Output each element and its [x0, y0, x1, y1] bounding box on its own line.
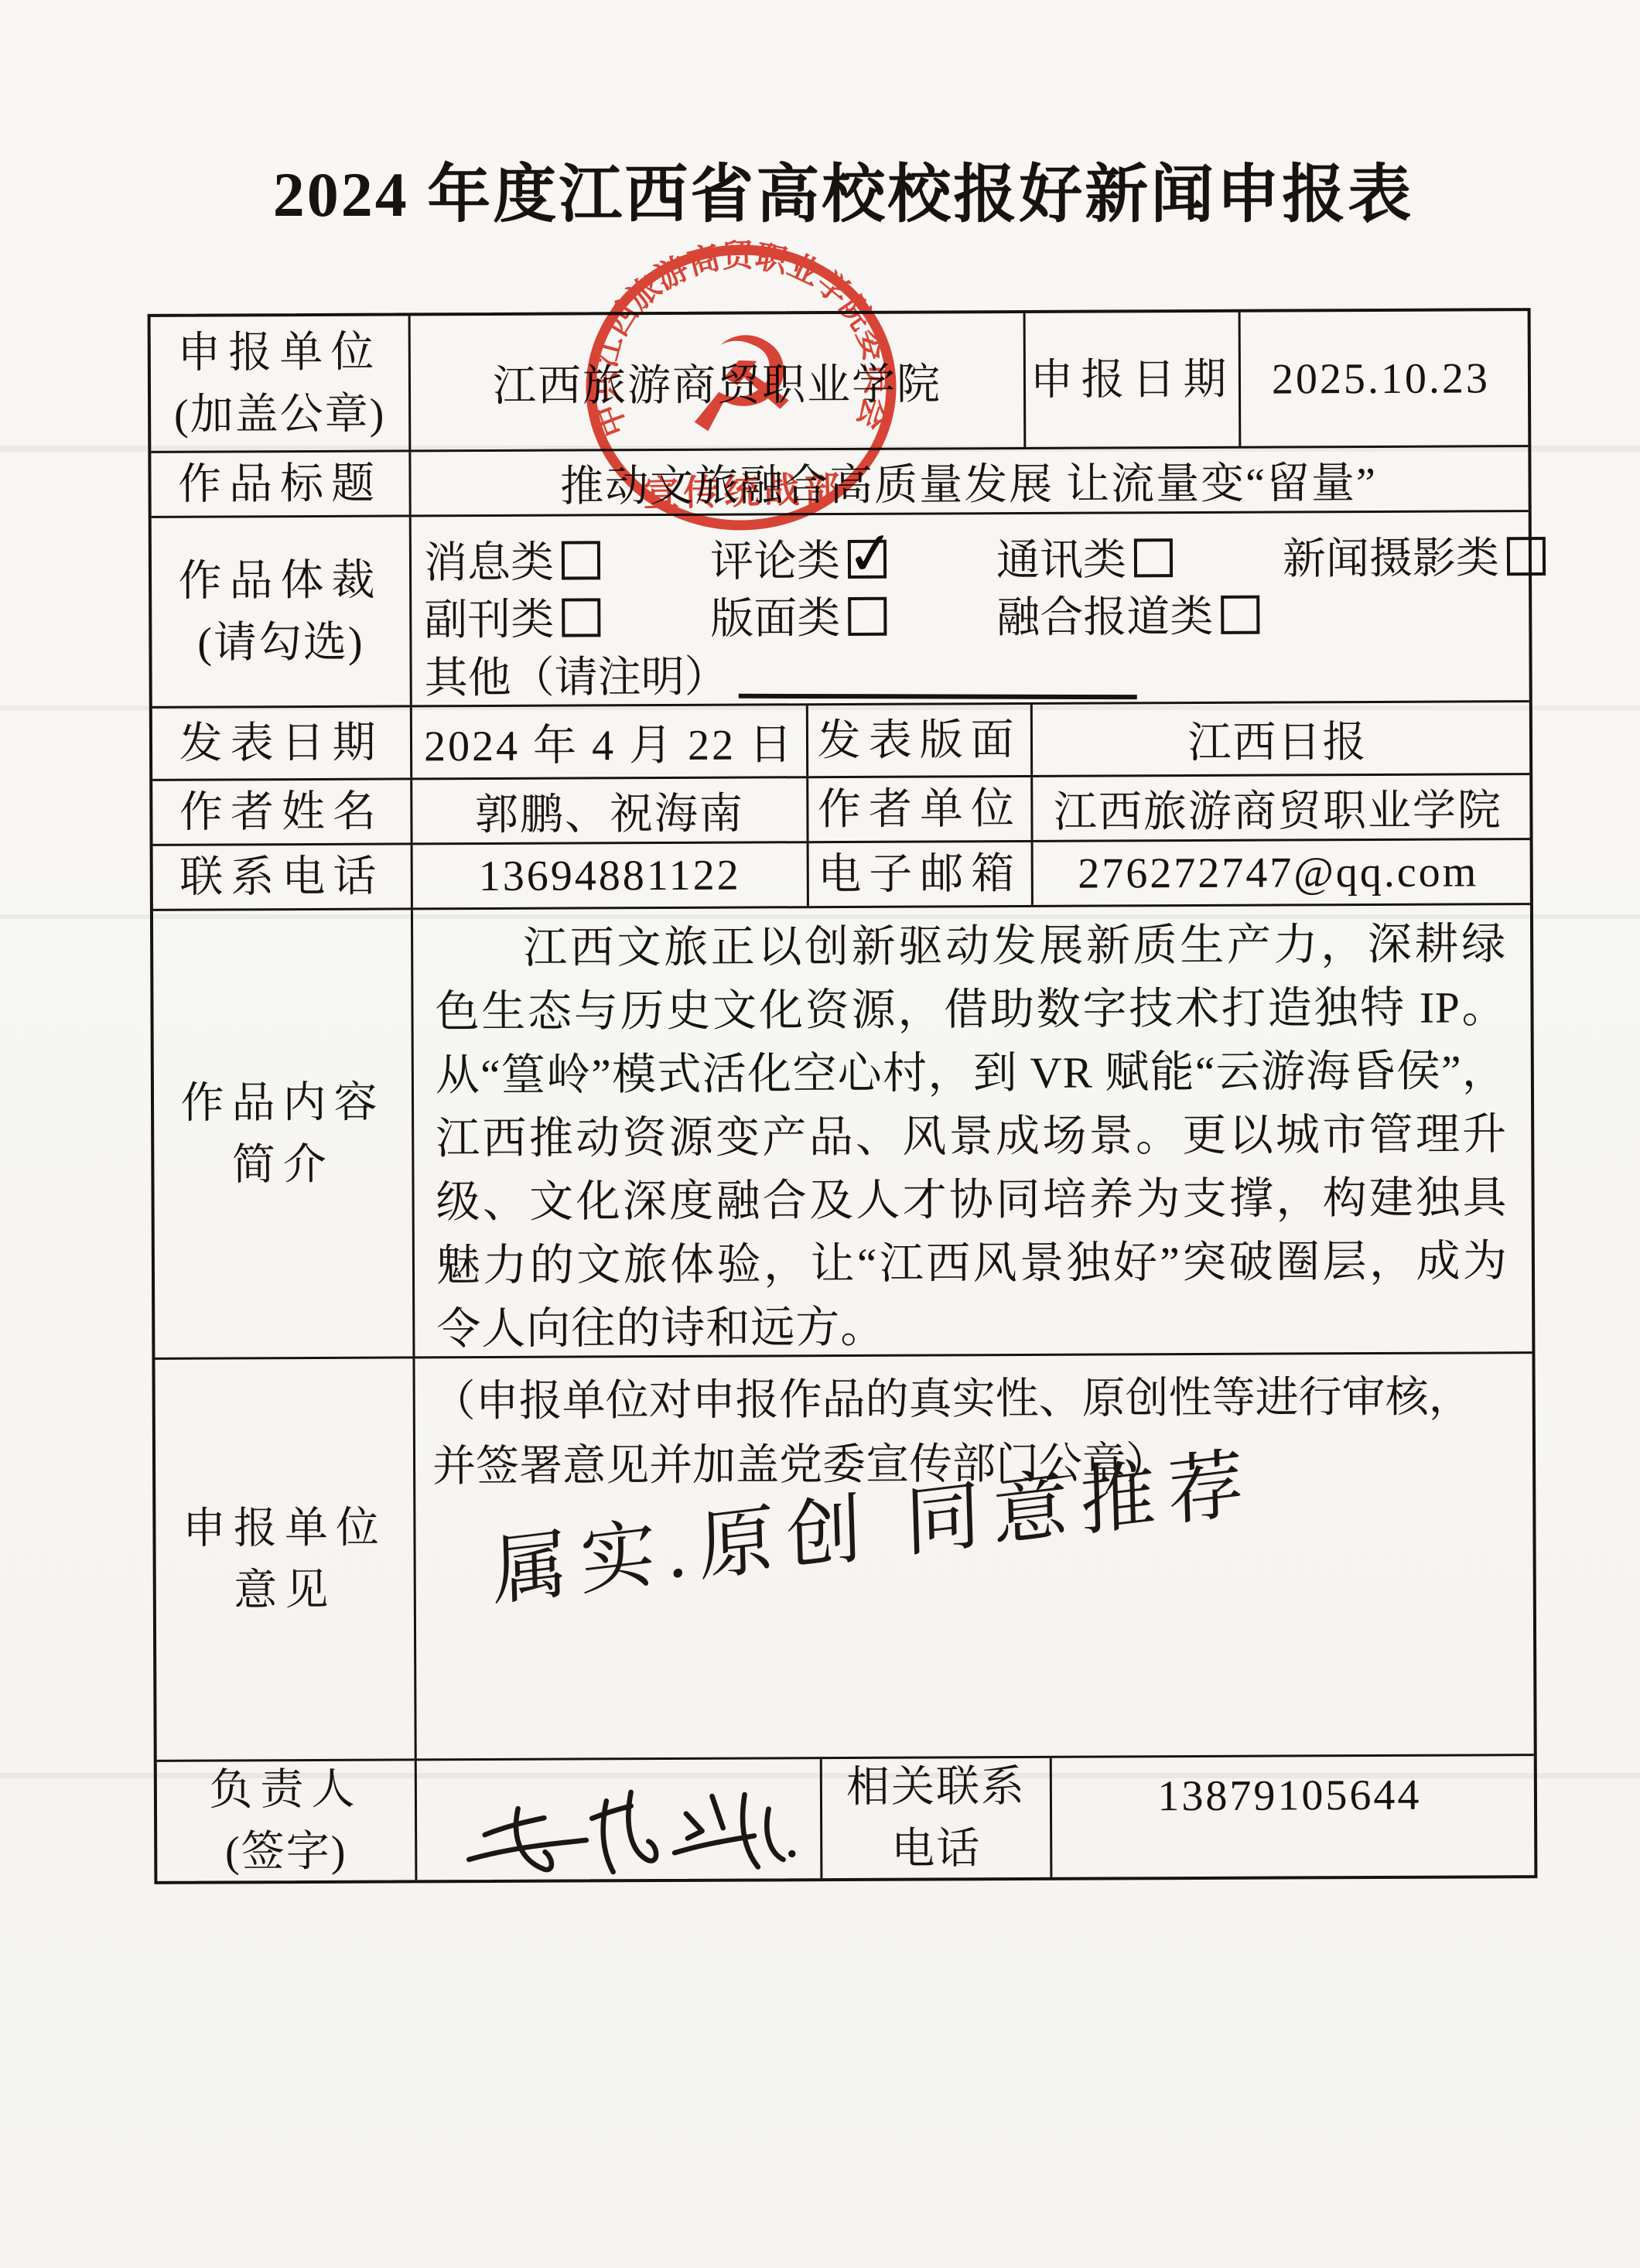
publish-date-value: 2024 年 4 月 22 日: [410, 705, 806, 777]
related-contact-label-cell: 相关联系 电话: [820, 1758, 1051, 1878]
row-opinion: 申报单位 意见 （申报单位对申报作品的真实性、原创性等进行审核， 并签署意见并加…: [155, 1351, 1533, 1760]
publish-page-value: 江西日报: [1030, 702, 1522, 775]
summary-label-line2: 简介: [232, 1133, 334, 1196]
summary-text: 江西文旅正以创新驱动发展新质生产力，深耕绿色生态与历史文化资源，借助数字技术打造…: [411, 905, 1530, 1356]
row-summary: 作品内容 简介 江西文旅正以创新驱动发展新质生产力，深耕绿色生态与历史文化资源，…: [153, 903, 1532, 1358]
unit-label-cell: 申报单位 (加盖公章): [151, 316, 409, 450]
handwritten-signature: [457, 1764, 798, 1881]
row-genre: 作品体裁 (请勾选) 消息类 评论类 ✓ 通讯类: [152, 510, 1529, 706]
phone-value: 13694881122: [411, 843, 807, 907]
publish-page-label: 发表版面: [806, 705, 1030, 776]
signoff-label-line2: (签字): [225, 1821, 347, 1884]
scanned-application-form: 2024 年度江西省高校校报好新闻申报表 申报单位 (加盖公章) 江西旅游商贸职…: [0, 0, 1640, 2268]
form-table: 申报单位 (加盖公章) 江西旅游商贸职业学院 申报日期 2025.10.23 作…: [148, 308, 1538, 1884]
row-contact: 联系电话 13694881122 电子邮箱 276272747@qq.com: [153, 838, 1530, 909]
seal-emblem-hammer-sickle-icon: ☭: [681, 308, 801, 463]
publish-date-label: 发表日期: [152, 707, 410, 778]
genre-option: 通讯类: [996, 525, 1173, 588]
author-name-value: 郭鹏、祝海南: [410, 778, 806, 842]
genre-label-line1: 作品体裁: [178, 549, 382, 612]
opinion-note-line1: （申报单位对申报作品的真实性、原创性等进行审核，: [432, 1373, 1472, 1426]
email-value: 276272747@qq.com: [1031, 840, 1523, 905]
genre-label-line2: (请勾选): [197, 611, 364, 674]
genre-option-label: 通讯类: [996, 525, 1126, 588]
genre-option: 融合报道类: [996, 582, 1259, 645]
related-contact-label-line1: 相关联系: [846, 1756, 1026, 1819]
genre-option-label: 新闻摄影类: [1283, 524, 1499, 586]
genre-option: 版面类: [710, 584, 887, 647]
checkbox-icon: [1134, 538, 1173, 577]
genre-option-label: 融合报道类: [996, 582, 1213, 645]
row-publish: 发表日期 2024 年 4 月 22 日 发表版面 江西日报: [152, 700, 1529, 779]
signoff-signature-cell: [415, 1759, 821, 1880]
genre-label-cell: 作品体裁 (请勾选): [152, 517, 410, 705]
checkbox-checked-icon: ✓: [848, 540, 887, 579]
genre-option-label: 版面类: [710, 584, 840, 647]
checkbox-icon: [562, 598, 600, 637]
checkbox-icon: [1507, 537, 1546, 576]
genre-option-label: 消息类: [424, 528, 554, 591]
genre-options-row2: 副刊类 版面类 融合报道类: [424, 583, 1519, 645]
opinion-cell: （申报单位对申报作品的真实性、原创性等进行审核， 并签署意见并加盖党委宣传部门公…: [412, 1354, 1531, 1758]
email-label: 电子邮箱: [807, 842, 1031, 906]
row-author: 作者姓名 郭鹏、祝海南 作者单位 江西旅游商贸职业学院: [152, 773, 1529, 844]
opinion-label-line1: 申报单位: [183, 1497, 387, 1559]
signoff-label-cell: 负责人 (签字): [157, 1761, 415, 1880]
author-unit-value: 江西旅游商贸职业学院: [1030, 775, 1522, 840]
unit-label-line1: 申报单位: [177, 321, 381, 384]
unit-label-line2: (加盖公章): [174, 383, 386, 446]
declare-date-label: 申报日期: [1023, 313, 1239, 447]
other-underline: [739, 694, 1137, 699]
seal-bottom-text: 宣传统战部: [643, 469, 845, 514]
checkbox-icon: [562, 541, 600, 579]
row-signoff: 负责人 (签字): [157, 1754, 1535, 1881]
summary-label-line1: 作品内容: [180, 1071, 384, 1134]
genre-option: 消息类: [424, 528, 600, 590]
checkbox-icon: [848, 597, 887, 636]
author-unit-label: 作者单位: [806, 777, 1030, 841]
genre-option: 副刊类: [424, 585, 600, 647]
genre-option-label: 副刊类: [424, 586, 554, 648]
phone-label: 联系电话: [153, 845, 411, 908]
opinion-label-line2: 意见: [234, 1559, 336, 1621]
official-seal: 中共江西旅游商贸职业学院委员会 ☭ 宣传统战部: [575, 233, 907, 543]
checkbox-icon: [1221, 596, 1259, 634]
opinion-label-cell: 申报单位 意见: [155, 1358, 414, 1759]
genre-options-cell: 消息类 评论类 ✓ 通讯类 新闻摄影类: [409, 512, 1527, 705]
work-title-value: 推动文旅融合高质量发展 让流量变“留量”: [408, 447, 1526, 514]
page-title: 2024 年度江西省高校校报好新闻申报表: [124, 144, 1563, 234]
related-contact-label-line2: 电话: [891, 1818, 981, 1880]
genre-option: 新闻摄影类: [1283, 524, 1546, 586]
genre-other-line: 其他（请注明）: [424, 640, 1519, 705]
summary-label-cell: 作品内容 简介: [153, 910, 413, 1357]
author-name-label: 作者姓名: [152, 780, 410, 843]
work-title-label: 作品标题: [151, 452, 408, 515]
related-contact-value: 13879105644: [1050, 1756, 1528, 1877]
declare-date-value: 2025.10.23: [1239, 311, 1522, 446]
genre-other-label: 其他（请注明）: [424, 643, 727, 706]
signoff-label-line1: 负责人: [209, 1759, 362, 1822]
